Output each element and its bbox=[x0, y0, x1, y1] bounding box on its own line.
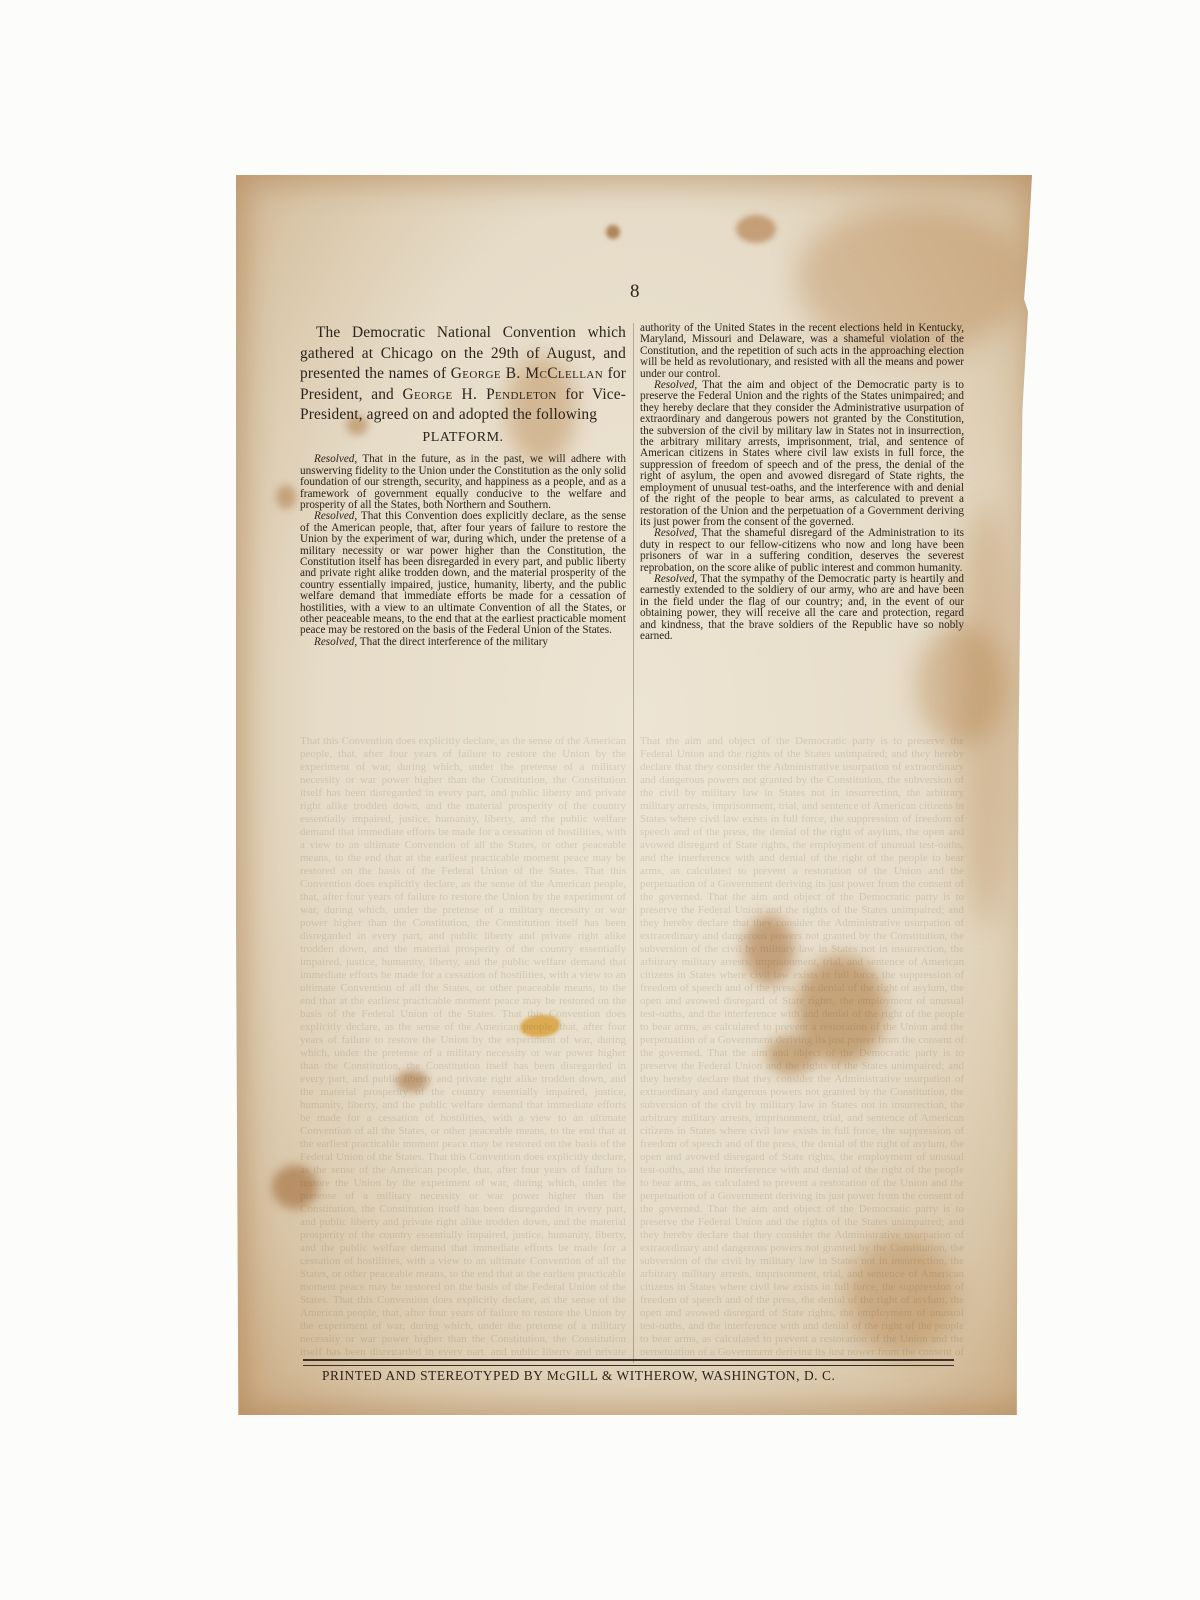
resolution-text: authority of the United States in the re… bbox=[640, 322, 964, 380]
resolved-label: Resolved, bbox=[314, 453, 357, 465]
resolved-label: Resolved, bbox=[314, 510, 357, 522]
presidential-nominee: George B. McClellan bbox=[451, 365, 603, 382]
intro-paragraph: The Democratic National Convention which… bbox=[300, 323, 626, 426]
resolution-4: Resolved, That the aim and object of the… bbox=[640, 380, 964, 528]
vice-presidential-nominee: George H. Pendleton bbox=[402, 386, 556, 403]
right-column: authority of the United States in the re… bbox=[640, 323, 964, 642]
resolution-3-continuation: authority of the United States in the re… bbox=[640, 323, 964, 380]
show-through-text: That this Convention does explicitly dec… bbox=[300, 735, 626, 1355]
resolved-label: Resolved, bbox=[654, 379, 697, 391]
resolution-6: Resolved, That the sympathy of the Democ… bbox=[640, 574, 964, 642]
left-column: The Democratic National Convention which… bbox=[300, 323, 626, 648]
resolution-5: Resolved, That the shameful disregard of… bbox=[640, 528, 964, 574]
page-number: 8 bbox=[630, 281, 640, 303]
footer-rule bbox=[303, 1359, 954, 1366]
resolved-label: Resolved, bbox=[654, 573, 697, 585]
resolution-text: That the aim and object of the Democrati… bbox=[640, 379, 964, 528]
stain bbox=[916, 625, 1006, 745]
resolution-1: Resolved, That in the future, as in the … bbox=[300, 454, 626, 511]
resolution-2: Resolved, That this Convention does expl… bbox=[300, 511, 626, 636]
show-through-text: That the aim and object of the Democrati… bbox=[640, 735, 964, 1355]
stain bbox=[606, 225, 620, 239]
resolution-3-start: Resolved, That the direct interference o… bbox=[300, 637, 626, 648]
resolution-text: That this Convention does explicitly dec… bbox=[300, 510, 626, 636]
document-page: 8 The Democratic National Convention whi… bbox=[236, 175, 1036, 1415]
stain bbox=[276, 485, 296, 509]
printer-imprint: PRINTED AND STEREOTYPED BY McGILL & WITH… bbox=[322, 1368, 835, 1384]
platform-heading: PLATFORM. bbox=[300, 432, 626, 443]
stain bbox=[736, 215, 776, 243]
column-divider bbox=[633, 323, 634, 1363]
resolution-text: That the direct interference of the mili… bbox=[357, 636, 548, 648]
resolved-label: Resolved, bbox=[654, 527, 697, 539]
resolved-label: Resolved, bbox=[314, 636, 357, 648]
stain bbox=[956, 505, 1016, 925]
